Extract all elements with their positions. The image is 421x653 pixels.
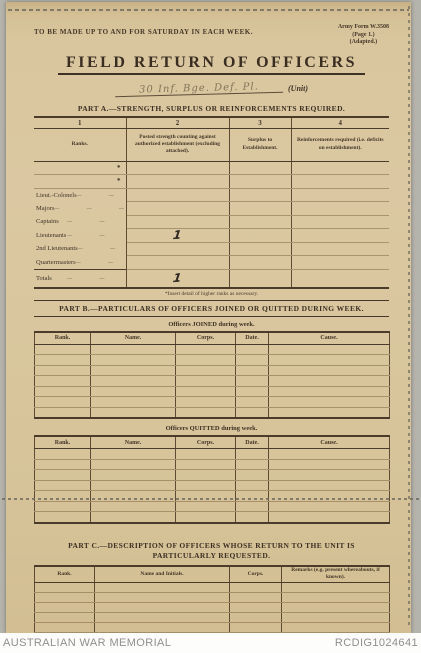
quitted-table-header: Rank. Name. Corps. Date. Cause.	[35, 436, 390, 449]
posted-cell	[126, 188, 229, 202]
empty-cell	[95, 592, 230, 602]
empty-cell	[236, 480, 269, 491]
empty-fill-in-row	[35, 365, 390, 376]
part-c-table: Rank. Name and Initials. Corps. Remarks …	[34, 565, 390, 644]
rank-column-header: Rank.	[35, 566, 95, 583]
totals-reinforcements-cell	[291, 269, 389, 288]
empty-cell	[35, 355, 91, 366]
empty-cell	[269, 386, 390, 397]
empty-cell	[269, 344, 390, 355]
empty-cell	[91, 449, 176, 460]
empty-cell	[236, 386, 269, 397]
posted-cell: 1	[126, 229, 229, 243]
empty-cell	[269, 355, 390, 366]
part-a-rank-row-captains: Captains— —	[34, 215, 389, 229]
empty-cell	[176, 397, 236, 408]
date-column-header: Date.	[236, 436, 269, 449]
empty-cell	[35, 449, 91, 460]
rank-cell: Quartermasters— —	[34, 256, 126, 270]
archive-source-label: AUSTRALIAN WAR MEMORIAL	[3, 637, 171, 649]
unit-label: (Unit)	[288, 84, 308, 93]
corps-column-header: Corps.	[176, 332, 236, 345]
empty-cell	[176, 407, 236, 418]
form-adapted-line: (Adapted.)	[338, 39, 389, 47]
posted-cell	[126, 202, 229, 216]
empty-cell	[230, 592, 282, 602]
empty-fill-in-row	[35, 602, 390, 612]
col-number-4: 4	[291, 117, 389, 129]
empty-cell	[91, 365, 176, 376]
name-column-header: Name.	[91, 332, 176, 345]
date-column-header: Date.	[236, 332, 269, 345]
rank-cell: Lieutenants— —	[34, 229, 126, 243]
totals-posted-cell: 1	[126, 269, 229, 288]
joined-table-header: Rank. Name. Corps. Date. Cause.	[35, 332, 390, 345]
rank-cell: 2nd Lieutenants— —	[34, 242, 126, 256]
rank-column-header: Rank.	[35, 332, 91, 345]
part-a-totals-row: Totals— — 1	[34, 269, 389, 288]
empty-cell	[269, 449, 390, 460]
part-a-blank-rank-row: *	[34, 161, 389, 175]
empty-cell	[91, 407, 176, 418]
empty-cell	[269, 397, 390, 408]
empty-fill-in-row	[35, 407, 390, 418]
empty-cell	[230, 612, 282, 622]
empty-cell	[176, 501, 236, 512]
empty-cell	[35, 386, 91, 397]
empty-cell	[35, 612, 95, 622]
empty-fill-in-row	[35, 582, 390, 592]
scanned-document-viewer: TO BE MADE UP TO AND FOR SATURDAY IN EAC…	[0, 0, 421, 653]
empty-cell	[236, 365, 269, 376]
empty-cell	[176, 386, 236, 397]
posted-cell	[126, 256, 229, 270]
empty-cell	[91, 397, 176, 408]
rank-cell: *	[34, 175, 126, 189]
posted-cell	[126, 242, 229, 256]
remarks-column-header: Remarks (e.g. present whereabouts, if kn…	[282, 566, 390, 583]
rank-cell: Lieut.-Colonels— —	[34, 188, 126, 202]
empty-cell	[95, 602, 230, 612]
empty-cell	[91, 355, 176, 366]
empty-cell	[282, 612, 390, 622]
empty-cell	[236, 344, 269, 355]
title-wrap: FIELD RETURN OF OFFICERS	[34, 54, 389, 75]
col-number-3: 3	[229, 117, 291, 129]
posted-cell	[126, 175, 229, 189]
empty-cell	[230, 582, 282, 592]
part-a-rank-row-lieutenants: Lieutenants— — 1	[34, 229, 389, 243]
form-page-line: (Page 1.)	[338, 32, 389, 40]
empty-cell	[35, 376, 91, 387]
empty-cell	[35, 512, 91, 523]
empty-cell	[35, 582, 95, 592]
part-a-footnote: *Insert detail of higher ranks as necess…	[34, 291, 389, 297]
part-c-table-header: Rank. Name and Initials. Corps. Remarks …	[35, 566, 390, 583]
part-a-table: 1 2 3 4 Ranks. Posted strength counting …	[34, 116, 389, 289]
empty-cell	[176, 376, 236, 387]
totals-surplus-cell	[229, 269, 291, 288]
empty-cell	[269, 470, 390, 481]
empty-cell	[176, 449, 236, 460]
empty-fill-in-row	[35, 376, 390, 387]
empty-cell	[176, 470, 236, 481]
reinforcements-cell	[291, 229, 389, 243]
part-a-rank-row-majors: Majors— — —	[34, 202, 389, 216]
name-column-header: Name.	[91, 436, 176, 449]
part-c-heading: PART C.—DESCRIPTION OF OFFICERS WHOSE RE…	[47, 541, 377, 562]
rank-cell: Captains— —	[34, 215, 126, 229]
empty-cell	[35, 407, 91, 418]
name-initials-column-header: Name and Initials.	[95, 566, 230, 583]
part-a-column-numbers: 1 2 3 4	[34, 117, 389, 129]
empty-cell	[282, 622, 390, 632]
rank-cell: *	[34, 161, 126, 175]
empty-cell	[35, 365, 91, 376]
empty-cell	[236, 501, 269, 512]
empty-cell	[91, 501, 176, 512]
empty-cell	[269, 480, 390, 491]
empty-cell	[91, 459, 176, 470]
empty-cell	[269, 512, 390, 523]
totals-label-cell: Totals— —	[34, 269, 126, 288]
empty-cell	[282, 582, 390, 592]
ranks-column-header: Ranks.	[34, 128, 126, 161]
empty-cell	[236, 449, 269, 460]
empty-cell	[236, 512, 269, 523]
form-number-block: Army Form W.3508 (Page 1.) (Adapted.)	[338, 24, 389, 47]
empty-cell	[91, 344, 176, 355]
empty-cell	[91, 470, 176, 481]
part-a-blank-rank-row: *	[34, 175, 389, 189]
empty-fill-in-row	[35, 501, 390, 512]
empty-cell	[35, 622, 95, 632]
empty-cell	[176, 344, 236, 355]
empty-cell	[35, 602, 95, 612]
empty-fill-in-row	[35, 480, 390, 491]
empty-cell	[269, 459, 390, 470]
empty-cell	[269, 365, 390, 376]
empty-fill-in-row	[35, 459, 390, 470]
empty-cell	[35, 459, 91, 470]
surplus-cell	[229, 256, 291, 270]
empty-fill-in-row	[35, 512, 390, 523]
surplus-cell	[229, 202, 291, 216]
empty-cell	[236, 397, 269, 408]
form-content: TO BE MADE UP TO AND FOR SATURDAY IN EAC…	[6, 2, 411, 653]
part-a-rank-row-2nd-lieutenants: 2nd Lieutenants— —	[34, 242, 389, 256]
empty-cell	[91, 376, 176, 387]
empty-fill-in-row	[35, 592, 390, 602]
empty-cell	[282, 602, 390, 612]
empty-cell	[95, 582, 230, 592]
handwritten-total-count: 1	[171, 272, 184, 285]
surplus-cell	[229, 242, 291, 256]
empty-cell	[236, 459, 269, 470]
empty-fill-in-row	[35, 355, 390, 366]
empty-cell	[230, 622, 282, 632]
col-number-2: 2	[126, 117, 229, 129]
cause-column-header: Cause.	[269, 332, 390, 345]
form-title: FIELD RETURN OF OFFICERS	[58, 54, 365, 75]
empty-cell	[230, 602, 282, 612]
surplus-cell	[229, 175, 291, 189]
surplus-cell	[229, 215, 291, 229]
empty-cell	[236, 407, 269, 418]
empty-fill-in-row	[35, 622, 390, 632]
empty-fill-in-row	[35, 449, 390, 460]
archive-item-id: RCDIG1024641	[335, 637, 418, 649]
rank-column-header: Rank.	[35, 436, 91, 449]
empty-cell	[35, 397, 91, 408]
empty-cell	[176, 480, 236, 491]
officers-quitted-table: Rank. Name. Corps. Date. Cause.	[34, 435, 390, 524]
part-a-heading: PART A.—STRENGTH, SURPLUS OR REINFORCEME…	[34, 104, 389, 113]
empty-cell	[236, 355, 269, 366]
reinforcements-cell	[291, 256, 389, 270]
cause-column-header: Cause.	[269, 436, 390, 449]
part-b-heading: PART B.—PARTICULARS OF OFFICERS JOINED O…	[34, 304, 389, 313]
officers-joined-title: Officers JOINED during week.	[34, 321, 389, 328]
part-a-rank-row-lieut-colonels: Lieut.-Colonels— —	[34, 188, 389, 202]
empty-cell	[35, 344, 91, 355]
reinforcements-column-header: Reinforcements required (i.e. deficits o…	[291, 128, 389, 161]
empty-cell	[95, 622, 230, 632]
weekly-instruction-text: TO BE MADE UP TO AND FOR SATURDAY IN EAC…	[34, 28, 253, 36]
posted-cell	[126, 215, 229, 229]
archive-footer-bar: AUSTRALIAN WAR MEMORIAL RCDIG1024641	[0, 633, 421, 653]
empty-cell	[91, 512, 176, 523]
form-page: TO BE MADE UP TO AND FOR SATURDAY IN EAC…	[6, 2, 411, 633]
empty-fill-in-row	[35, 386, 390, 397]
empty-cell	[282, 592, 390, 602]
reinforcements-cell	[291, 188, 389, 202]
surplus-cell	[229, 188, 291, 202]
form-number-line: Army Form W.3508	[338, 24, 389, 32]
part-a-column-labels: Ranks. Posted strength counting against …	[34, 128, 389, 161]
reinforcements-cell	[291, 215, 389, 229]
empty-cell	[35, 470, 91, 481]
empty-fill-in-row	[35, 397, 390, 408]
surplus-cell	[229, 161, 291, 175]
surplus-column-header: Surplus to Establishment.	[229, 128, 291, 161]
reinforcements-cell	[291, 161, 389, 175]
officers-quitted-title: Officers QUITTED during week.	[34, 425, 389, 432]
part-a-rank-row-quartermasters: Quartermasters— —	[34, 256, 389, 270]
handwritten-unit-entry: 30 Inf. Bge. Def. Pl.	[115, 80, 283, 96]
empty-cell	[236, 470, 269, 481]
rank-cell: Majors— — —	[34, 202, 126, 216]
unit-row: 30 Inf. Bge. Def. Pl. (Unit)	[34, 83, 389, 95]
corps-column-header: Corps.	[230, 566, 282, 583]
empty-cell	[91, 386, 176, 397]
surplus-cell	[229, 229, 291, 243]
reinforcements-cell	[291, 175, 389, 189]
empty-cell	[95, 612, 230, 622]
officers-joined-table: Rank. Name. Corps. Date. Cause.	[34, 331, 390, 420]
part-b-heading-box: PART B.—PARTICULARS OF OFFICERS JOINED O…	[34, 300, 389, 317]
empty-cell	[91, 480, 176, 491]
empty-cell	[35, 480, 91, 491]
empty-cell	[269, 407, 390, 418]
empty-cell	[236, 376, 269, 387]
empty-cell	[269, 501, 390, 512]
posted-strength-column-header: Posted strength counting against authori…	[126, 128, 229, 161]
reinforcements-cell	[291, 242, 389, 256]
form-header: TO BE MADE UP TO AND FOR SATURDAY IN EAC…	[34, 2, 389, 47]
empty-cell	[176, 355, 236, 366]
mid-page-perforation	[2, 498, 419, 500]
empty-cell	[35, 501, 91, 512]
empty-cell	[35, 592, 95, 602]
empty-cell	[176, 459, 236, 470]
empty-fill-in-row	[35, 612, 390, 622]
empty-fill-in-row	[35, 470, 390, 481]
col-number-1: 1	[34, 117, 126, 129]
reinforcements-cell	[291, 202, 389, 216]
handwritten-count: 1	[171, 229, 184, 242]
empty-cell	[176, 512, 236, 523]
posted-cell	[126, 161, 229, 175]
empty-fill-in-row	[35, 344, 390, 355]
empty-cell	[269, 376, 390, 387]
corps-column-header: Corps.	[176, 436, 236, 449]
empty-cell	[176, 365, 236, 376]
